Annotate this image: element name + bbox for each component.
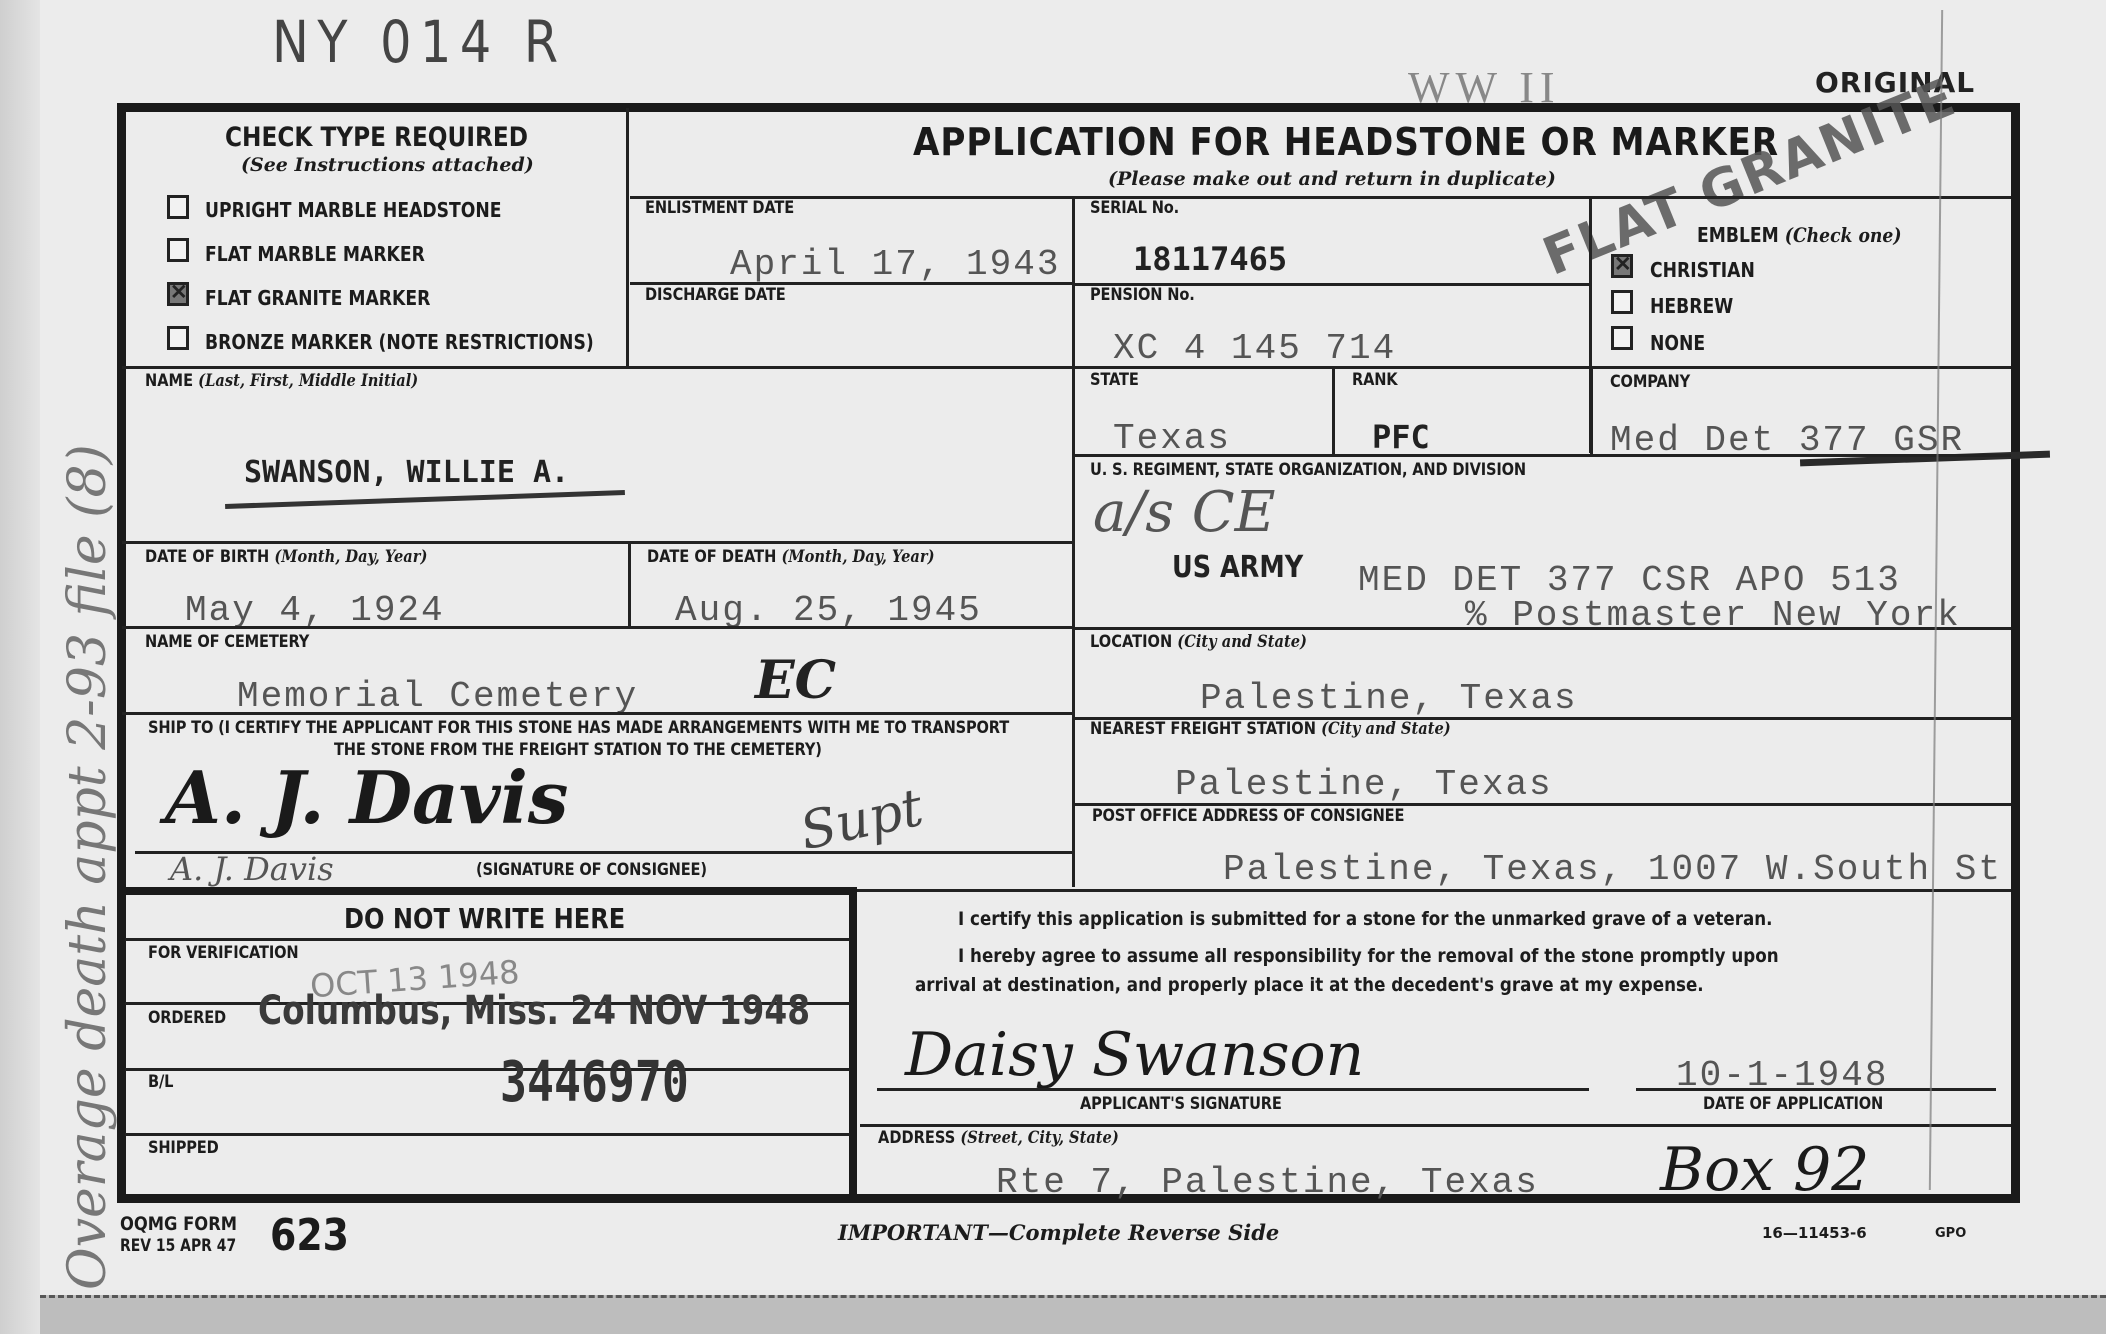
ordered-stamp: Columbus, Miss. 24 NOV 1948 — [258, 988, 810, 1034]
perforation-edge — [40, 1295, 2106, 1334]
form-number: 623 — [270, 1210, 349, 1261]
certification-line1: I certify this application is submitted … — [958, 908, 1773, 930]
discharge-date-label: DISCHARGE DATE — [645, 285, 786, 305]
freight-station-label: NEAREST FREIGHT STATION (City and State) — [1090, 719, 1451, 739]
po-address-label: POST OFFICE ADDRESS OF CONSIGNEE — [1092, 806, 1404, 826]
printer-mark: GPO — [1935, 1226, 1966, 1241]
serial-no-label: SERIAL No. — [1090, 198, 1179, 218]
shipped-label: SHIPPED — [148, 1138, 219, 1158]
po-address-value[interactable]: Palestine, Texas, 1007 W.South St — [1223, 849, 2002, 890]
pension-no-value[interactable]: XC 4 145 714 — [1113, 328, 1396, 369]
cemetery-handwritten: EC — [755, 650, 836, 711]
divider — [122, 712, 1072, 715]
regiment-label: U. S. REGIMENT, STATE ORGANIZATION, AND … — [1090, 460, 1526, 480]
check-type-heading: CHECK TYPE REQUIRED — [225, 122, 528, 153]
regiment-prefix: US ARMY — [1172, 550, 1303, 585]
divider — [628, 543, 631, 627]
divider — [122, 366, 2011, 369]
divider — [122, 541, 1072, 544]
dob-label: DATE OF BIRTH (Month, Day, Year) — [145, 547, 427, 567]
divider — [626, 108, 629, 366]
certification-line2: I hereby agree to assume all responsibil… — [958, 945, 1779, 967]
option-label: BRONZE MARKER (NOTE RESTRICTIONS) — [205, 330, 594, 354]
applicant-signature-label: APPLICANT'S SIGNATURE — [1080, 1094, 1282, 1114]
date-of-application-label: DATE OF APPLICATION — [1703, 1094, 1883, 1114]
cemetery-label: NAME OF CEMETERY — [145, 632, 309, 652]
important-note: IMPORTANT—Complete Reverse Side — [838, 1220, 1279, 1245]
company-label: COMPANY — [1610, 372, 1690, 392]
location-label-text: LOCATION — [1090, 632, 1172, 652]
name-label-text: NAME — [145, 371, 193, 391]
rank-label: RANK — [1352, 370, 1397, 390]
divider — [860, 1124, 2011, 1127]
dob-label-text: DATE OF BIRTH — [145, 547, 269, 567]
dod-value[interactable]: Aug. 25, 1945 — [675, 590, 982, 631]
divider — [857, 889, 2011, 892]
checkbox-emblem-christian[interactable] — [1611, 254, 1633, 278]
check-type-subheading: (See Instructions attached) — [241, 154, 534, 176]
file-code-stamp: NY 014 R — [272, 8, 567, 76]
form-subtitle: (Please make out and return in duplicate… — [1108, 168, 1556, 190]
name-label: NAME (Last, First, Middle Initial) — [145, 371, 418, 391]
enlistment-date-value[interactable]: April 17, 1943 — [730, 244, 1060, 285]
location-label-note: (City and State) — [1177, 632, 1307, 652]
office-use-heading: DO NOT WRITE HERE — [344, 902, 625, 935]
bl-label: B/L — [148, 1072, 173, 1092]
divider — [1332, 368, 1335, 454]
location-value[interactable]: Palestine, Texas — [1200, 678, 1578, 719]
emblem-option-label: CHRISTIAN — [1650, 258, 1755, 282]
consignee-signature: A. J. Davis — [165, 755, 568, 840]
address-value[interactable]: Rte 7, Palestine, Texas — [996, 1162, 1539, 1203]
consignee-printed-name: A. J. Davis — [170, 850, 334, 888]
form-id-line2: REV 15 APR 47 — [120, 1236, 236, 1256]
checkbox-flat-granite-marker[interactable] — [167, 282, 189, 306]
option-label: FLAT GRANITE MARKER — [205, 286, 430, 310]
name-label-note: (Last, First, Middle Initial) — [198, 371, 418, 391]
freight-station-label-text: NEAREST FREIGHT STATION — [1090, 719, 1316, 739]
checkbox-upright-marble-headstone[interactable] — [167, 195, 189, 219]
margin-handwritten-note: Overage death appt 2-93 file (8) — [58, 444, 118, 1290]
consignee-signature-label: (SIGNATURE OF CONSIGNEE) — [476, 860, 707, 880]
divider — [125, 1133, 850, 1136]
rank-value[interactable]: PFC — [1372, 418, 1430, 456]
regiment-handwritten: a/s CE — [1093, 480, 1276, 545]
emblem-option-label: HEBREW — [1650, 294, 1733, 318]
name-value[interactable]: SWANSON, WILLIE A. — [244, 455, 569, 490]
ordered-label: ORDERED — [148, 1008, 226, 1028]
certification-line3: arrival at destination, and properly pla… — [915, 974, 1704, 996]
checkbox-emblem-none[interactable] — [1611, 326, 1633, 350]
verification-label: FOR VERIFICATION — [148, 943, 298, 963]
emblem-heading-note: (Check one) — [1785, 223, 1902, 247]
location-label: LOCATION (City and State) — [1090, 632, 1307, 652]
form-title: APPLICATION FOR HEADSTONE OR MARKER — [913, 120, 1779, 164]
option-label: UPRIGHT MARBLE HEADSTONE — [205, 198, 502, 222]
emblem-heading: EMBLEM (Check one) — [1697, 223, 1902, 247]
cemetery-value[interactable]: Memorial Cemetery — [237, 676, 638, 717]
emblem-option-label: NONE — [1650, 331, 1705, 355]
emblem-heading-text: EMBLEM — [1697, 223, 1779, 247]
divider — [122, 626, 1072, 629]
pension-no-label: PENSION No. — [1090, 285, 1195, 305]
checkbox-flat-marble-marker[interactable] — [167, 238, 189, 262]
divider — [630, 196, 2011, 199]
checkbox-emblem-hebrew[interactable] — [1611, 290, 1633, 314]
divider — [1075, 454, 2011, 457]
dod-label: DATE OF DEATH (Month, Day, Year) — [647, 547, 935, 567]
enlistment-date-label: ENLISTMENT DATE — [645, 198, 794, 218]
state-label: STATE — [1090, 370, 1139, 390]
freight-station-label-note: (City and State) — [1321, 719, 1451, 739]
divider — [1590, 368, 1593, 454]
freight-station-value[interactable]: Palestine, Texas — [1175, 764, 1553, 805]
paper-left-edge — [0, 0, 40, 1334]
ship-to-label-line1: SHIP TO (I CERTIFY THE APPLICANT FOR THI… — [148, 718, 1009, 738]
date-line — [1636, 1088, 1996, 1091]
divider — [1072, 197, 1075, 887]
divider — [125, 1068, 850, 1071]
address-handwritten: Box 92 — [1660, 1135, 1869, 1205]
divider — [1075, 627, 2011, 630]
applicant-signature: Daisy Swanson — [905, 1020, 1364, 1090]
state-value[interactable]: Texas — [1113, 418, 1231, 459]
checkbox-bronze-marker[interactable] — [167, 326, 189, 350]
address-label: ADDRESS (Street, City, State) — [878, 1128, 1119, 1148]
address-label-note: (Street, City, State) — [960, 1128, 1118, 1148]
serial-no-value[interactable]: 18117465 — [1133, 240, 1287, 278]
bl-number: 3446970 — [500, 1050, 689, 1115]
address-label-text: ADDRESS — [878, 1128, 955, 1148]
print-code: 16—11453-6 — [1762, 1224, 1867, 1242]
dod-label-text: DATE OF DEATH — [647, 547, 776, 567]
dob-value[interactable]: May 4, 1924 — [185, 590, 445, 631]
signature-line — [877, 1088, 1589, 1091]
option-label: FLAT MARBLE MARKER — [205, 242, 425, 266]
dod-label-note: (Month, Day, Year) — [781, 547, 934, 567]
form-id-line1: OQMG FORM — [120, 1213, 237, 1235]
dob-label-note: (Month, Day, Year) — [274, 547, 427, 567]
divider — [125, 938, 850, 941]
